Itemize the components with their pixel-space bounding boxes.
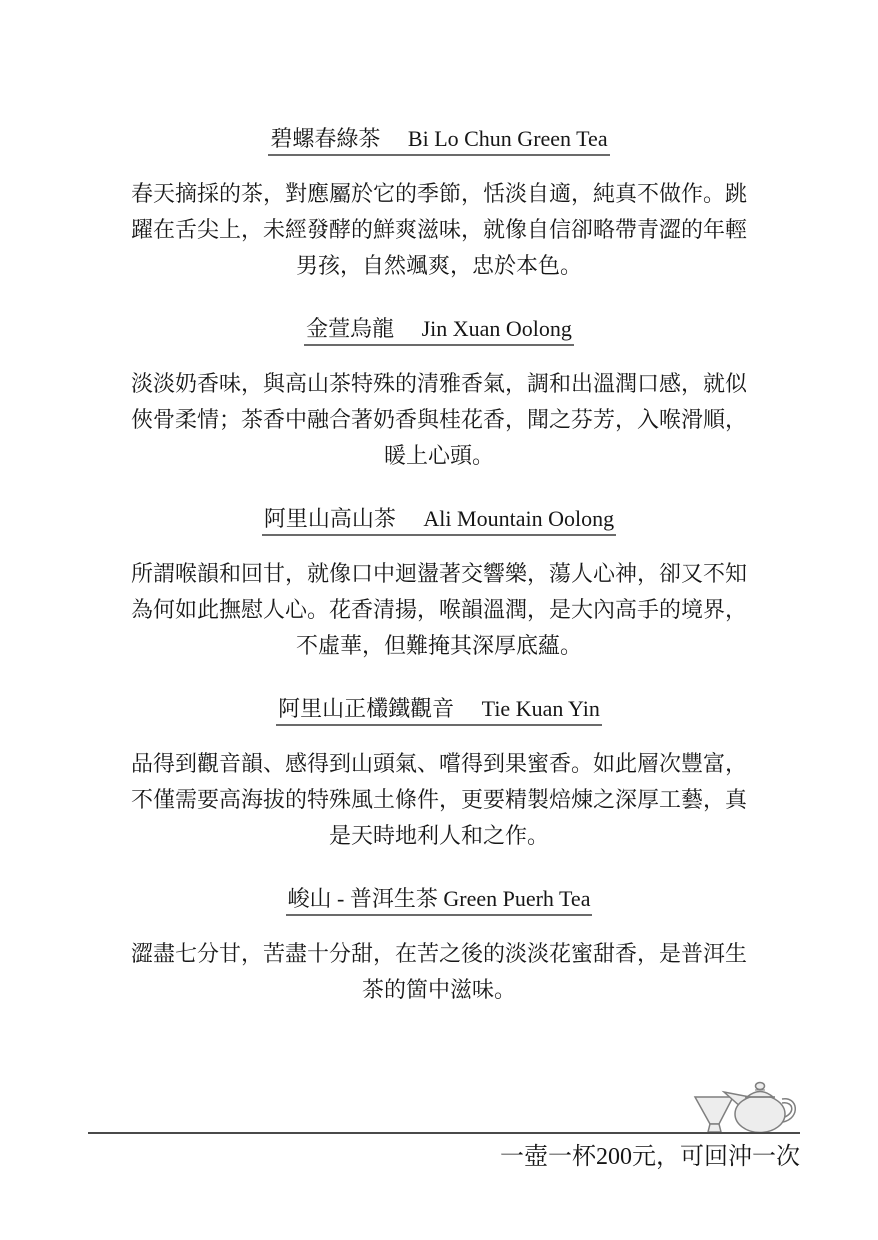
tea-title: 碧螺春綠茶 Bi Lo Chun Green Tea xyxy=(127,124,751,154)
tea-section: 金萱烏龍 Jin Xuan Oolong 淡淡奶香味，與高山茶特殊的清雅香氣，調… xyxy=(127,314,751,474)
tea-description-line: 躍在舌尖上，未經發酵的鮮爽滋味，就像自信卻略帶青澀的年輕 xyxy=(127,212,751,248)
tea-description-line: 是天時地利人和之作。 xyxy=(127,818,751,854)
tea-section: 峻山 - 普洱生茶 Green Puerh Tea 澀盡七分甘，苦盡十分甜，在苦… xyxy=(127,884,751,1008)
tea-description-line: 茶的箇中滋味。 xyxy=(127,972,751,1008)
tea-description-line: 所謂喉韻和回甘，就像口中迴盪著交響樂，蕩人心神，卻又不知 xyxy=(127,556,751,592)
footer-divider xyxy=(88,1132,800,1134)
tea-description: 品得到觀音韻、感得到山頭氣、嚐得到果蜜香。如此層次豐富，不僅需要高海拔的特殊風土… xyxy=(127,746,751,854)
tea-list: 碧螺春綠茶 Bi Lo Chun Green Tea 春天摘採的茶，對應屬於它的… xyxy=(127,0,751,1008)
tea-description-line: 澀盡七分甘，苦盡十分甜，在苦之後的淡淡花蜜甜香，是普洱生 xyxy=(127,936,751,972)
tea-title-text: 阿里山高山茶 Ali Mountain Oolong xyxy=(262,506,616,536)
tea-section: 阿里山正欉鐵觀音 Tie Kuan Yin 品得到觀音韻、感得到山頭氣、嚐得到果… xyxy=(127,694,751,854)
tea-description: 澀盡七分甘，苦盡十分甜，在苦之後的淡淡花蜜甜香，是普洱生茶的箇中滋味。 xyxy=(127,936,751,1008)
tea-description-line: 品得到觀音韻、感得到山頭氣、嚐得到果蜜香。如此層次豐富， xyxy=(127,746,751,782)
tea-title: 金萱烏龍 Jin Xuan Oolong xyxy=(127,314,751,344)
tea-description-line: 不虛華，但難掩其深厚底蘊。 xyxy=(127,628,751,664)
menu-page: 碧螺春綠茶 Bi Lo Chun Green Tea 春天摘採的茶，對應屬於它的… xyxy=(0,0,878,1240)
tea-description-line: 為何如此撫慰人心。花香清揚，喉韻溫潤，是大內高手的境界， xyxy=(127,592,751,628)
tea-title: 峻山 - 普洱生茶 Green Puerh Tea xyxy=(127,884,751,914)
tea-description-line: 暖上心頭。 xyxy=(127,438,751,474)
tea-description: 所謂喉韻和回甘，就像口中迴盪著交響樂，蕩人心神，卻又不知為何如此撫慰人心。花香清… xyxy=(127,556,751,664)
tea-title: 阿里山正欉鐵觀音 Tie Kuan Yin xyxy=(127,694,751,724)
tea-description: 春天摘採的茶，對應屬於它的季節，恬淡自適，純真不做作。跳躍在舌尖上，未經發酵的鮮… xyxy=(127,176,751,284)
tea-description: 淡淡奶香味，與高山茶特殊的清雅香氣，調和出溫潤口感，就似俠骨柔情；茶香中融合著奶… xyxy=(127,366,751,474)
tea-section: 阿里山高山茶 Ali Mountain Oolong 所謂喉韻和回甘，就像口中迴… xyxy=(127,504,751,664)
tea-description-line: 不僅需要高海拔的特殊風土條件，更要精製焙煉之深厚工藝，真 xyxy=(127,782,751,818)
tea-description-line: 男孩，自然颯爽，忠於本色。 xyxy=(127,248,751,284)
tea-description-line: 淡淡奶香味，與高山茶特殊的清雅香氣，調和出溫潤口感，就似 xyxy=(127,366,751,402)
price-note: 一壺一杯200元，可回沖一次 xyxy=(500,1141,800,1173)
tea-title: 阿里山高山茶 Ali Mountain Oolong xyxy=(127,504,751,534)
tea-description-line: 春天摘採的茶，對應屬於它的季節，恬淡自適，純真不做作。跳 xyxy=(127,176,751,212)
tea-title-text: 碧螺春綠茶 Bi Lo Chun Green Tea xyxy=(268,126,609,156)
tea-description-line: 俠骨柔情；茶香中融合著奶香與桂花香，聞之芬芳，入喉滑順， xyxy=(127,402,751,438)
tea-title-text: 阿里山正欉鐵觀音 Tie Kuan Yin xyxy=(276,696,602,726)
tea-title-text: 峻山 - 普洱生茶 Green Puerh Tea xyxy=(286,886,593,916)
teacup-icon xyxy=(695,1097,733,1124)
teapot-and-cup-icon xyxy=(688,1081,800,1133)
tea-title-text: 金萱烏龍 Jin Xuan Oolong xyxy=(304,316,574,346)
tea-section: 碧螺春綠茶 Bi Lo Chun Green Tea 春天摘採的茶，對應屬於它的… xyxy=(127,124,751,284)
